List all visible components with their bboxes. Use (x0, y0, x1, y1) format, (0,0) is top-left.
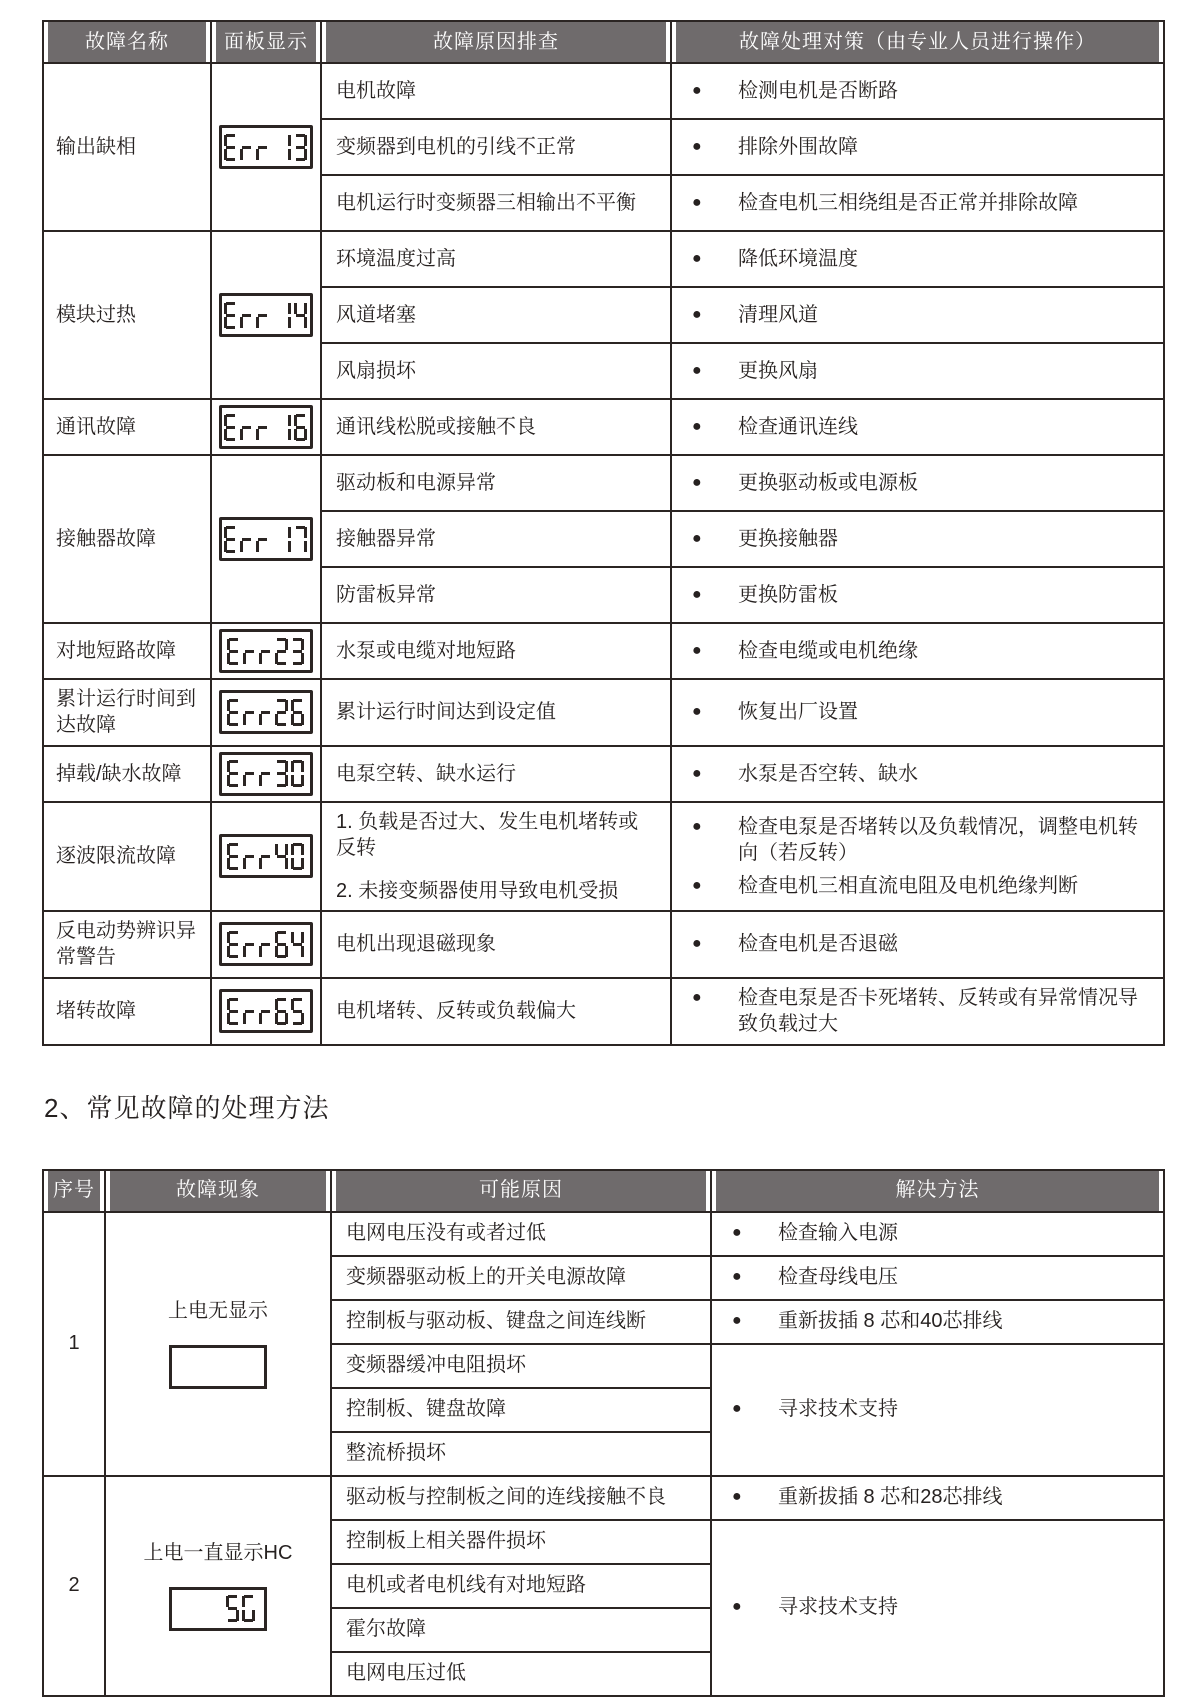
col-header-label: 故障现象 (110, 1171, 326, 1211)
solution-cell: ●检查电缆或电机绝缘 (671, 623, 1164, 679)
cause-cell: 水泵或电缆对地短路 (321, 623, 671, 679)
seven-segment-char (294, 414, 307, 441)
seven-segment-char (291, 843, 304, 870)
seven-segment-char (291, 638, 304, 665)
seven-segment-char (294, 134, 307, 161)
fault-name-cell: 累计运行时间到达故障 (43, 679, 211, 746)
bullet-icon: ● (730, 1220, 778, 1246)
panel-display-cell (211, 399, 321, 455)
row-number-cell: 2 (43, 1476, 105, 1696)
solution-item: ●清理风道 (690, 302, 1155, 328)
solution-item: ●重新拔插 8 芯和40芯排线 (730, 1308, 1155, 1334)
panel-display-box (219, 989, 313, 1033)
seven-segment-value (226, 843, 306, 870)
solution-item: ●更换防雷板 (690, 582, 1155, 608)
solution-item: ●重新拔插 8 芯和28芯排线 (730, 1484, 1155, 1510)
col-header-cause: 故障原因排查 (321, 21, 671, 63)
fault-name: 输出缺相 (56, 134, 200, 160)
panel-display-cell (211, 231, 321, 399)
solution-item: ●寻求技术支持 (730, 1594, 1155, 1620)
seven-segment-char (224, 134, 237, 161)
cause-cell: 电机运行时变频器三相输出不平衡 (321, 175, 671, 231)
bullet-icon: ● (690, 699, 738, 725)
seven-segment-value (226, 760, 306, 787)
seven-segment-char (227, 931, 240, 958)
solution-text: 更换风扇 (738, 358, 1155, 384)
bullet-icon: ● (690, 582, 738, 608)
fault-name-cell: 堵转故障 (43, 978, 211, 1045)
col-header-label: 故障处理对策（由专业人员进行操作） (676, 22, 1159, 62)
panel-display-cell (211, 978, 321, 1045)
solution-item: ●降低环境温度 (690, 246, 1155, 272)
solution-cell: ●降低环境温度 (671, 231, 1164, 287)
seven-segment-char (259, 760, 272, 787)
bullet-icon: ● (690, 638, 738, 664)
cause-text: 防雷板异常 (336, 582, 642, 608)
seven-segment-char (275, 931, 288, 958)
seven-segment-value (223, 134, 309, 161)
fault-name-cell: 掉载/缺水故障 (43, 746, 211, 802)
table-row: 堵转故障电机堵转、反转或负载偏大●检查电泵是否卡死堵转、反转或有异常情况导致负载… (43, 978, 1164, 1045)
seven-segment-char (259, 931, 272, 958)
cause-cell: 1. 负载是否过大、发生电机堵转或反转2. 未接变频器使用导致电机受损 (321, 802, 671, 911)
fault-name: 堵转故障 (56, 998, 200, 1024)
fault-name: 累计运行时间到达故障 (56, 686, 200, 739)
panel-display-cell (211, 802, 321, 911)
fault-table-header-row: 故障名称 面板显示 故障原因排查 故障处理对策（由专业人员进行操作） (43, 21, 1164, 63)
seven-segment-char (243, 931, 256, 958)
manual-page: 故障名称 面板显示 故障原因排查 故障处理对策（由专业人员进行操作） 输出缺相电… (0, 0, 1200, 1697)
solution-text: 检查电缆或电机绝缘 (738, 638, 1155, 664)
solution-cell: ●检查电泵是否堵转以及负载情况，调整电机转向（若反转）●检查电机三相直流电阻及电… (671, 802, 1164, 911)
cause-cell: 电泵空转、缺水运行 (321, 746, 671, 802)
cause-cell: 累计运行时间达到设定值 (321, 679, 671, 746)
cause-cell: 霍尔故障 (331, 1608, 711, 1652)
bullet-icon: ● (690, 414, 738, 440)
cause-cell: 变频器缓冲电阻损坏 (331, 1344, 711, 1388)
solution-item: ●检查母线电压 (730, 1264, 1155, 1290)
seven-segment-value (223, 526, 309, 553)
seven-segment-char (227, 998, 240, 1025)
solution-item: ●检查电泵是否卡死堵转、反转或有异常情况导致负载过大 (690, 985, 1155, 1038)
bullet-icon: ● (690, 190, 738, 216)
solution-text: 检查通讯连线 (738, 414, 1155, 440)
solution-cell: ●检查电机是否退磁 (671, 911, 1164, 978)
col-header-index: 序号 (43, 1170, 105, 1212)
bullet-icon: ● (690, 526, 738, 552)
bullet-icon: ● (690, 358, 738, 384)
row-number-cell: 1 (43, 1212, 105, 1476)
bullet-icon: ● (690, 873, 738, 899)
solution-item: ●更换风扇 (690, 358, 1155, 384)
seven-segment-char (278, 302, 291, 329)
bullet-icon: ● (730, 1396, 778, 1422)
seven-segment-char (275, 760, 288, 787)
seven-segment-value (226, 931, 306, 958)
section-heading: 2、常见故障的处理方法 (44, 1088, 1163, 1125)
seven-segment-char (259, 998, 272, 1025)
solution-cell: ●检查电泵是否卡死堵转、反转或有异常情况导致负载过大 (671, 978, 1164, 1045)
fault-name: 逐波限流故障 (56, 843, 200, 869)
cause-cell: 电网电压没有或者过低 (331, 1212, 711, 1256)
seven-segment-char (259, 843, 272, 870)
col-header-label: 解决方法 (716, 1171, 1159, 1211)
seven-segment-char (243, 760, 256, 787)
fault-name-cell: 反电动势辨识异常警告 (43, 911, 211, 978)
seven-segment-value (226, 638, 306, 665)
cause-cell: 电机堵转、反转或负载偏大 (321, 978, 671, 1045)
solution-item: ●检查电机三相绕组是否正常并排除故障 (690, 190, 1155, 216)
seven-segment-char (275, 998, 288, 1025)
phenomenon-stack: 上电一直显示HC (110, 1487, 326, 1685)
seven-segment-char (240, 302, 253, 329)
solution-cell: ●更换风扇 (671, 343, 1164, 399)
solution-cell: ●寻求技术支持 (711, 1520, 1164, 1696)
bullet-icon: ● (730, 1264, 778, 1290)
col-header-remedy: 解决方法 (711, 1170, 1164, 1212)
seven-segment-char (226, 1595, 239, 1622)
table-row: 2上电一直显示HC驱动板与控制板之间的连线接触不良●重新拔插 8 芯和28芯排线 (43, 1476, 1164, 1520)
panel-display-box (219, 517, 313, 561)
cause-cell: 电机或者电机线有对地短路 (331, 1564, 711, 1608)
cause-cell: 控制板与驱动板、键盘之间连线断 (331, 1300, 711, 1344)
col-header-phenomenon: 故障现象 (105, 1170, 331, 1212)
table-row: 对地短路故障水泵或电缆对地短路●检查电缆或电机绝缘 (43, 623, 1164, 679)
panel-display-box (169, 1587, 267, 1631)
solution-text: 检查母线电压 (778, 1264, 1155, 1290)
seven-segment-char (227, 699, 240, 726)
fault-name-cell: 模块过热 (43, 231, 211, 399)
seven-segment-char (278, 526, 291, 553)
phenomenon-cell: 上电无显示 (105, 1212, 331, 1476)
fault-name-cell: 输出缺相 (43, 63, 211, 231)
solution-item: ●检查电泵是否堵转以及负载情况，调整电机转向（若反转） (690, 814, 1155, 867)
cause-text: 控制板、键盘故障 (346, 1396, 700, 1422)
seven-segment-char (278, 414, 291, 441)
seven-segment-char (275, 699, 288, 726)
seven-segment-char (224, 526, 237, 553)
bullet-icon: ● (730, 1484, 778, 1510)
cause-text: 电机出现退磁现象 (336, 931, 642, 957)
table-row: 接触器故障驱动板和电源异常●更换驱动板或电源板 (43, 455, 1164, 511)
seven-segment-char (227, 638, 240, 665)
solution-item: ●检查通讯连线 (690, 414, 1155, 440)
cause-text: 驱动板和电源异常 (336, 470, 642, 496)
solution-text: 水泵是否空转、缺水 (738, 761, 1155, 787)
seven-segment-char (227, 843, 240, 870)
cause-cell: 控制板、键盘故障 (331, 1388, 711, 1432)
solution-item: ●检查电缆或电机绝缘 (690, 638, 1155, 664)
seven-segment-char (243, 843, 256, 870)
panel-display-box (219, 629, 313, 673)
solution-text: 排除外围故障 (738, 134, 1155, 160)
bullet-icon: ● (690, 985, 738, 1011)
table-row: 模块过热环境温度过高●降低环境温度 (43, 231, 1164, 287)
bullet-icon: ● (730, 1594, 778, 1620)
solution-text: 恢复出厂设置 (738, 699, 1155, 725)
panel-display-box (219, 690, 313, 734)
solution-item: ●恢复出厂设置 (690, 699, 1155, 725)
cause-cell: 电网电压过低 (331, 1652, 711, 1696)
solution-text: 检查电机三相绕组是否正常并排除故障 (738, 190, 1155, 216)
cause-text: 通讯线松脱或接触不良 (336, 414, 642, 440)
seven-segment-value (226, 998, 306, 1025)
panel-display-box (219, 405, 313, 449)
solution-text: 更换防雷板 (738, 582, 1155, 608)
bullet-icon: ● (690, 302, 738, 328)
cause-text: 变频器到电机的引线不正常 (336, 134, 642, 160)
cause-cell: 驱动板和电源异常 (321, 455, 671, 511)
cause-cell: 接触器异常 (321, 511, 671, 567)
table-row: 掉载/缺水故障电泵空转、缺水运行●水泵是否空转、缺水 (43, 746, 1164, 802)
solution-text: 检查电机三相直流电阻及电机绝缘判断 (738, 873, 1155, 899)
solution-cell: ●更换接触器 (671, 511, 1164, 567)
solution-item: ●寻求技术支持 (730, 1396, 1155, 1422)
bullet-icon: ● (690, 931, 738, 957)
phenomenon-label: 上电一直显示HC (144, 1540, 293, 1566)
col-header-label: 故障名称 (48, 22, 206, 62)
seven-segment-char (275, 843, 288, 870)
panel-display-cell (211, 455, 321, 623)
seven-segment-char (240, 414, 253, 441)
seven-segment-char (243, 638, 256, 665)
solution-cell: ●重新拔插 8 芯和28芯排线 (711, 1476, 1164, 1520)
solution-text: 检查输入电源 (778, 1220, 1155, 1246)
cause-text: 电网电压过低 (346, 1660, 700, 1686)
solution-cell: ●水泵是否空转、缺水 (671, 746, 1164, 802)
panel-display-box (219, 293, 313, 337)
seven-segment-char (294, 302, 307, 329)
solution-cell: ●重新拔插 8 芯和40芯排线 (711, 1300, 1164, 1344)
fault-name-cell: 通讯故障 (43, 399, 211, 455)
solution-text: 寻求技术支持 (778, 1396, 1155, 1422)
panel-display-box (219, 125, 313, 169)
cause-cell: 风道堵塞 (321, 287, 671, 343)
seven-segment-char (243, 998, 256, 1025)
seven-segment-char (291, 760, 304, 787)
solution-cell: ●恢复出厂设置 (671, 679, 1164, 746)
seven-segment-char (291, 998, 304, 1025)
seven-segment-char (275, 638, 288, 665)
col-header-label: 可能原因 (336, 1171, 706, 1211)
seven-segment-char (240, 134, 253, 161)
fault-name-cell: 对地短路故障 (43, 623, 211, 679)
cause-text: 电机堵转、反转或负载偏大 (336, 998, 642, 1024)
seven-segment-char (256, 414, 269, 441)
common-table-header-row: 序号 故障现象 可能原因 解决方法 (43, 1170, 1164, 1212)
cause-text: 累计运行时间达到设定值 (336, 699, 642, 725)
cause-text: 霍尔故障 (346, 1616, 700, 1642)
solution-cell: ●排除外围故障 (671, 119, 1164, 175)
col-header-label: 序号 (48, 1171, 100, 1211)
row-number: 1 (48, 1330, 100, 1356)
fault-name-cell: 逐波限流故障 (43, 802, 211, 911)
col-header-solution: 故障处理对策（由专业人员进行操作） (671, 21, 1164, 63)
cause-cell: 环境温度过高 (321, 231, 671, 287)
panel-display-cell (211, 746, 321, 802)
panel-display-cell (211, 623, 321, 679)
cause-cell: 变频器驱动板上的开关电源故障 (331, 1256, 711, 1300)
table-row: 累计运行时间到达故障累计运行时间达到设定值●恢复出厂设置 (43, 679, 1164, 746)
solution-cell: ●检查输入电源 (711, 1212, 1164, 1256)
solution-item: ●检查电机三相直流电阻及电机绝缘判断 (690, 873, 1155, 899)
cause-text: 变频器驱动板上的开关电源故障 (346, 1264, 700, 1290)
fault-name: 反电动势辨识异常警告 (56, 918, 200, 971)
seven-segment-char (291, 931, 304, 958)
bullet-icon: ● (690, 761, 738, 787)
phenomenon-label: 上电无显示 (168, 1298, 268, 1324)
table-row: 通讯故障通讯线松脱或接触不良●检查通讯连线 (43, 399, 1164, 455)
fault-name: 接触器故障 (56, 526, 200, 552)
panel-display-box (219, 922, 313, 966)
cause-cell: 风扇损坏 (321, 343, 671, 399)
phenomenon-stack: 上电无显示 (110, 1245, 326, 1443)
solution-item: ●检查电机是否退磁 (690, 931, 1155, 957)
fault-code-table: 故障名称 面板显示 故障原因排查 故障处理对策（由专业人员进行操作） 输出缺相电… (42, 20, 1165, 1046)
col-header-label: 故障原因排查 (326, 22, 666, 62)
solution-item: ●检查输入电源 (730, 1220, 1155, 1246)
solution-text: 更换驱动板或电源板 (738, 470, 1155, 496)
col-header-possible-cause: 可能原因 (331, 1170, 711, 1212)
solution-cell: ●检查母线电压 (711, 1256, 1164, 1300)
solution-text: 清理风道 (738, 302, 1155, 328)
seven-segment-char (256, 526, 269, 553)
seven-segment-char (240, 526, 253, 553)
fault-name: 对地短路故障 (56, 638, 200, 664)
panel-display-box (169, 1345, 267, 1389)
bullet-icon: ● (690, 246, 738, 272)
cause-text: 电机故障 (336, 78, 642, 104)
bullet-icon: ● (730, 1308, 778, 1334)
solution-cell: ●更换驱动板或电源板 (671, 455, 1164, 511)
solution-text: 降低环境温度 (738, 246, 1155, 272)
cause-text: 风道堵塞 (336, 302, 642, 328)
col-header-fault-name: 故障名称 (43, 21, 211, 63)
cause-text: 驱动板与控制板之间的连线接触不良 (346, 1484, 700, 1510)
solution-text: 更换接触器 (738, 526, 1155, 552)
panel-display-cell (211, 679, 321, 746)
solution-text: 检查电泵是否堵转以及负载情况，调整电机转向（若反转） (738, 814, 1155, 867)
cause-text: 电泵空转、缺水运行 (336, 761, 642, 787)
cause-text: 变频器缓冲电阻损坏 (346, 1352, 700, 1378)
solution-text: 检查电泵是否卡死堵转、反转或有异常情况导致负载过大 (738, 985, 1155, 1038)
cause-text: 控制板与驱动板、键盘之间连线断 (346, 1308, 700, 1334)
solution-item: ●检测电机是否断路 (690, 78, 1155, 104)
cause-text: 电机或者电机线有对地短路 (346, 1572, 700, 1598)
solution-text: 检测电机是否断路 (738, 78, 1155, 104)
solution-cell: ●检查通讯连线 (671, 399, 1164, 455)
cause-text: 电网电压没有或者过低 (346, 1220, 700, 1246)
common-fault-table: 序号 故障现象 可能原因 解决方法 1上电无显示电网电压没有或者过低●检查输入电… (42, 1169, 1165, 1697)
fault-name: 掉载/缺水故障 (56, 761, 200, 787)
seven-segment-char (224, 302, 237, 329)
table-row: 反电动势辨识异常警告电机出现退磁现象●检查电机是否退磁 (43, 911, 1164, 978)
bullet-icon: ● (690, 134, 738, 160)
seven-segment-char (291, 699, 304, 726)
panel-display-box (219, 834, 313, 878)
solution-text: 寻求技术支持 (778, 1594, 1155, 1620)
cause-text: 风扇损坏 (336, 358, 642, 384)
table-row: 输出缺相电机故障●检测电机是否断路 (43, 63, 1164, 119)
fault-name: 通讯故障 (56, 414, 200, 440)
cause-text: 2. 未接变频器使用导致电机受损 (336, 878, 642, 904)
bullet-icon: ● (690, 78, 738, 104)
cause-text: 1. 负载是否过大、发生电机堵转或反转 (336, 809, 642, 862)
cause-cell: 变频器到电机的引线不正常 (321, 119, 671, 175)
bullet-icon: ● (690, 470, 738, 496)
cause-text: 控制板上相关器件损坏 (346, 1528, 700, 1554)
cause-cell: 防雷板异常 (321, 567, 671, 623)
seven-segment-char (256, 302, 269, 329)
seven-segment-char (243, 699, 256, 726)
solution-text: 重新拔插 8 芯和40芯排线 (778, 1308, 1155, 1334)
cause-text: 电机运行时变频器三相输出不平衡 (336, 190, 642, 216)
cause-cell: 控制板上相关器件损坏 (331, 1520, 711, 1564)
cause-cell: 通讯线松脱或接触不良 (321, 399, 671, 455)
row-number: 2 (48, 1572, 100, 1598)
seven-segment-char (259, 638, 272, 665)
panel-display-cell (211, 63, 321, 231)
seven-segment-char (256, 134, 269, 161)
table-row: 1上电无显示电网电压没有或者过低●检查输入电源 (43, 1212, 1164, 1256)
solution-text: 重新拔插 8 芯和28芯排线 (778, 1484, 1155, 1510)
solution-cell: ●检测电机是否断路 (671, 63, 1164, 119)
fault-name: 模块过热 (56, 302, 200, 328)
panel-display-cell (211, 911, 321, 978)
bullet-icon: ● (690, 814, 738, 840)
solution-cell: ●寻求技术支持 (711, 1344, 1164, 1476)
solution-item: ●排除外围故障 (690, 134, 1155, 160)
seven-segment-char (259, 699, 272, 726)
solution-text: 检查电机是否退磁 (738, 931, 1155, 957)
seven-segment-value (223, 414, 309, 441)
phenomenon-cell: 上电一直显示HC (105, 1476, 331, 1696)
col-header-panel-display: 面板显示 (211, 21, 321, 63)
seven-segment-char (227, 760, 240, 787)
seven-segment-value (225, 1595, 257, 1622)
panel-display-box (219, 752, 313, 796)
solution-item: ●更换驱动板或电源板 (690, 470, 1155, 496)
seven-segment-char (278, 134, 291, 161)
cause-cell: 电机出现退磁现象 (321, 911, 671, 978)
cause-cell: 电机故障 (321, 63, 671, 119)
seven-segment-char (294, 526, 307, 553)
solution-cell: ●检查电机三相绕组是否正常并排除故障 (671, 175, 1164, 231)
cause-text: 环境温度过高 (336, 246, 642, 272)
seven-segment-char (224, 414, 237, 441)
cause-text: 整流桥损坏 (346, 1440, 700, 1466)
cause-cell: 驱动板与控制板之间的连线接触不良 (331, 1476, 711, 1520)
solution-item: ●水泵是否空转、缺水 (690, 761, 1155, 787)
col-header-label: 面板显示 (216, 22, 316, 62)
solution-item: ●更换接触器 (690, 526, 1155, 552)
seven-segment-value (226, 699, 306, 726)
fault-name-cell: 接触器故障 (43, 455, 211, 623)
seven-segment-value (223, 302, 309, 329)
solution-cell: ●清理风道 (671, 287, 1164, 343)
solution-cell: ●更换防雷板 (671, 567, 1164, 623)
cause-text: 接触器异常 (336, 526, 642, 552)
table-row: 逐波限流故障1. 负载是否过大、发生电机堵转或反转2. 未接变频器使用导致电机受… (43, 802, 1164, 911)
cause-cell: 整流桥损坏 (331, 1432, 711, 1476)
cause-text: 水泵或电缆对地短路 (336, 638, 642, 664)
seven-segment-char (242, 1595, 255, 1622)
